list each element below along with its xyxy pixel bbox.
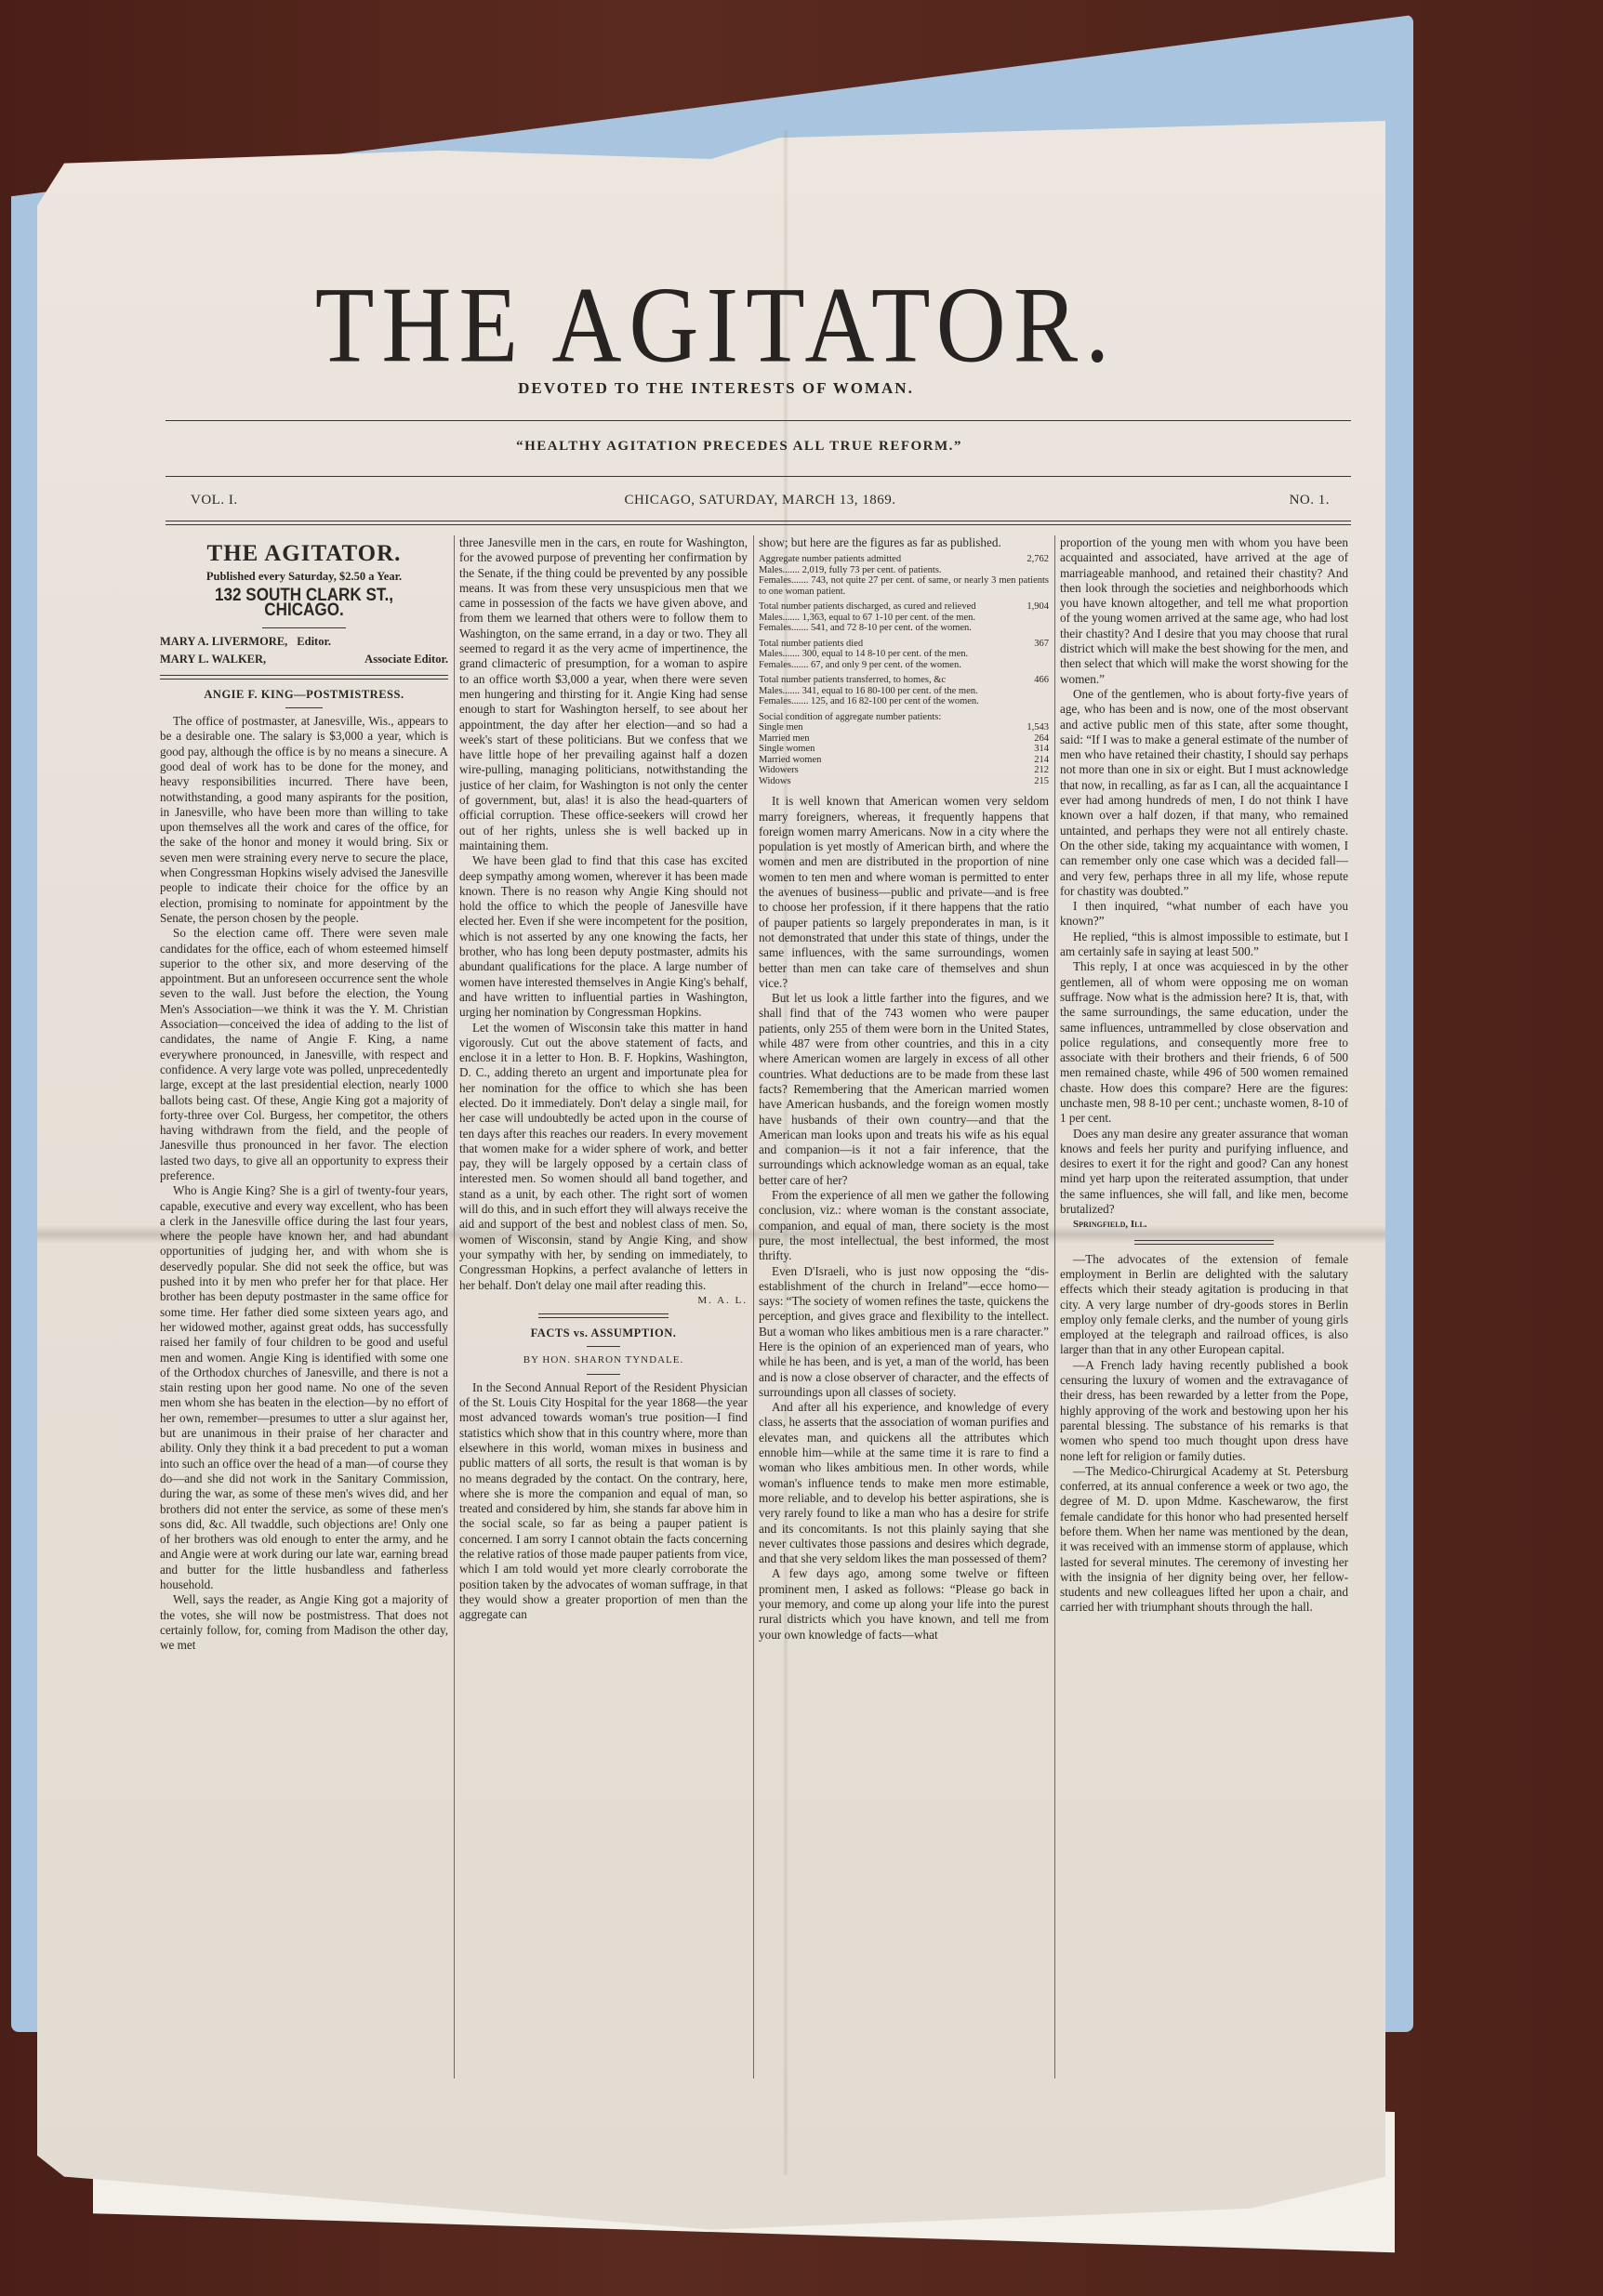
stat-group: Total number patients died367 Males.....… [759, 639, 1049, 671]
stat-value: 214 [1034, 755, 1049, 766]
stat-sub-text: 1,363, equal to 67 1-10 per cent. of the… [802, 613, 975, 623]
divider [285, 707, 323, 708]
divider [538, 1313, 669, 1318]
stat-group: Total number patients transferred, to ho… [759, 675, 1049, 707]
editor-role: Associate Editor. [364, 652, 448, 666]
stat-label: Single women [759, 744, 1034, 755]
publisher-address: 132 SOUTH CLARK ST., CHICAGO. [175, 588, 434, 619]
stat-label: Aggregate number patients admitted [759, 554, 1027, 565]
article-place: Springfield, Ill. [1060, 1217, 1348, 1232]
stat-sub-label: Males [759, 686, 783, 696]
column-2: three Janesville men in the cars, en rou… [459, 535, 748, 2078]
divider [262, 627, 346, 628]
stat-sub-text: 541, and 72 8-10 per cent. of the women. [811, 623, 972, 633]
divider [587, 1374, 620, 1375]
column-separator [753, 535, 754, 2078]
stat-sub-label: Females [759, 660, 791, 670]
stat-value: 367 [1034, 639, 1049, 650]
paragraph: A few days ago, among some twelve or fif… [759, 1566, 1049, 1642]
stat-sub-label: Males [759, 649, 783, 659]
stat-value: 2,762 [1027, 554, 1049, 565]
article-headline: ANGIE F. KING—POSTMISTRESS. [160, 687, 448, 702]
news-item: —The Medico-Chirurgical Academy at St. P… [1060, 1464, 1348, 1616]
paragraph: three Janesville men in the cars, en rou… [459, 535, 748, 853]
paragraph: show; but here are the figures as far as… [759, 535, 1049, 550]
masthead-rule [166, 420, 1351, 421]
paragraph: proportion of the young men with whom yo… [1060, 535, 1348, 687]
divider [587, 1346, 620, 1347]
editor-name: MARY A. LIVERMORE, [160, 634, 287, 649]
stat-label: Single men [759, 722, 1027, 733]
stat-sub-label: Males [759, 565, 783, 575]
news-item: —The advocates of the extension of femal… [1060, 1252, 1348, 1358]
column-separator [1054, 535, 1055, 2078]
paragraph: In the Second Annual Report of the Resid… [459, 1380, 748, 1623]
masthead-title: THE AGITATOR. [186, 271, 1246, 379]
stat-sub-text: 341, equal to 16 80-100 per cent. of the… [802, 686, 978, 696]
article-signature: M. A. L. [459, 1293, 748, 1308]
paragraph: So the election came off. There were sev… [160, 926, 448, 1183]
stat-value: 1,543 [1027, 722, 1049, 733]
editor-line: MARY L. WALKER, Associate Editor. [160, 652, 448, 666]
paragraph: Let the women of Wisconsin take this mat… [459, 1021, 748, 1293]
stat-group: Aggregate number patients admitted2,762 … [759, 554, 1049, 597]
stat-label: Total number patients discharged, as cur… [759, 601, 1027, 613]
paragraph: Does any man desire any greater assuranc… [1060, 1127, 1348, 1218]
stat-sub-text: 743, not quite 27 per cent. of same, or … [759, 575, 1049, 597]
editor-role: Editor. [287, 634, 448, 649]
stat-label: Widows [759, 776, 1034, 787]
stat-sub-label: Females [759, 623, 791, 633]
paragraph: But let us look a little farther into th… [759, 991, 1049, 1188]
publication-frequency: Published every Saturday, $2.50 a Year. [160, 569, 448, 584]
news-item: —A French lady having recently published… [1060, 1358, 1348, 1464]
stat-value: 1,904 [1027, 601, 1049, 613]
divider [160, 675, 448, 680]
publisher-box-title: THE AGITATOR. [160, 547, 448, 561]
date-label: CHICAGO, SATURDAY, MARCH 13, 1869. [191, 493, 1330, 508]
paragraph: Well, says the reader, as Angie King got… [160, 1592, 448, 1653]
hospital-statistics-table: Aggregate number patients admitted2,762 … [759, 554, 1049, 786]
article-columns: THE AGITATOR. Published every Saturday, … [160, 535, 1359, 2078]
stat-value: 264 [1034, 733, 1049, 745]
motto-rule [166, 476, 1351, 477]
social-condition-label: Social condition of aggregate number pat… [759, 712, 1049, 723]
stat-sub-label: Females [759, 696, 791, 706]
column-3: show; but here are the figures as far as… [759, 535, 1049, 2078]
paragraph: The office of postmaster, at Janesville,… [160, 714, 448, 926]
stat-sub-text: 300, equal to 14 8-10 per cent. of the m… [802, 649, 968, 659]
paragraph: He replied, “this is almost impossible t… [1060, 930, 1348, 960]
stat-sub-text: 2,019, fully 73 per cent. of patients. [802, 565, 942, 575]
masthead-motto: “HEALTHY AGITATION PRECEDES ALL TRUE REF… [167, 439, 1311, 455]
paragraph: Even D'Israeli, who is just now opposing… [759, 1264, 1049, 1401]
editor-line: MARY A. LIVERMORE, Editor. [160, 634, 448, 649]
stat-sub-text: 125, and 16 82-100 per cent of the women… [811, 696, 979, 706]
paragraph: From the experience of all men we gather… [759, 1188, 1049, 1263]
stat-label: Total number patients died [759, 639, 1034, 650]
article-byline: BY HON. SHARON TYNDALE. [459, 1353, 748, 1367]
column-separator [454, 535, 455, 2078]
dateline-rule [166, 521, 1351, 525]
column-1: THE AGITATOR. Published every Saturday, … [160, 535, 448, 2078]
paragraph: One of the gentlemen, who is about forty… [1060, 687, 1348, 899]
paragraph: We have been glad to find that this case… [459, 853, 748, 1020]
stat-sub-text: 67, and only 9 per cent. of the women. [811, 660, 961, 670]
stat-group: Total number patients discharged, as cur… [759, 601, 1049, 634]
article-headline: FACTS vs. ASSUMPTION. [459, 1326, 748, 1340]
dateline-bar: VOL. I. CHICAGO, SATURDAY, MARCH 13, 186… [191, 493, 1330, 508]
paragraph: I then inquired, “what number of each ha… [1060, 899, 1348, 930]
masthead-subtitle: DEVOTED TO THE INTERESTS OF WOMAN. [186, 379, 1246, 398]
stat-label: Total number patients transferred, to ho… [759, 675, 1034, 686]
stat-label: Widowers [759, 765, 1034, 776]
column-4: proportion of the young men with whom yo… [1060, 535, 1348, 2078]
stat-value: 212 [1034, 765, 1049, 776]
stat-label: Married women [759, 755, 1034, 766]
paragraph: And after all his experience, and knowle… [759, 1400, 1049, 1566]
stat-sub-label: Females [759, 575, 791, 586]
divider [1134, 1240, 1274, 1245]
paragraph: Who is Angie King? She is a girl of twen… [160, 1183, 448, 1592]
paragraph: It is well known that American women ver… [759, 794, 1049, 991]
stat-value: 215 [1034, 776, 1049, 787]
paragraph: This reply, I at once was acquiesced in … [1060, 959, 1348, 1126]
editor-name: MARY L. WALKER, [160, 652, 266, 666]
stat-sub-label: Males [759, 613, 783, 623]
stat-label: Married men [759, 733, 1034, 745]
stat-value: 466 [1034, 675, 1049, 686]
stat-value: 314 [1034, 744, 1049, 755]
